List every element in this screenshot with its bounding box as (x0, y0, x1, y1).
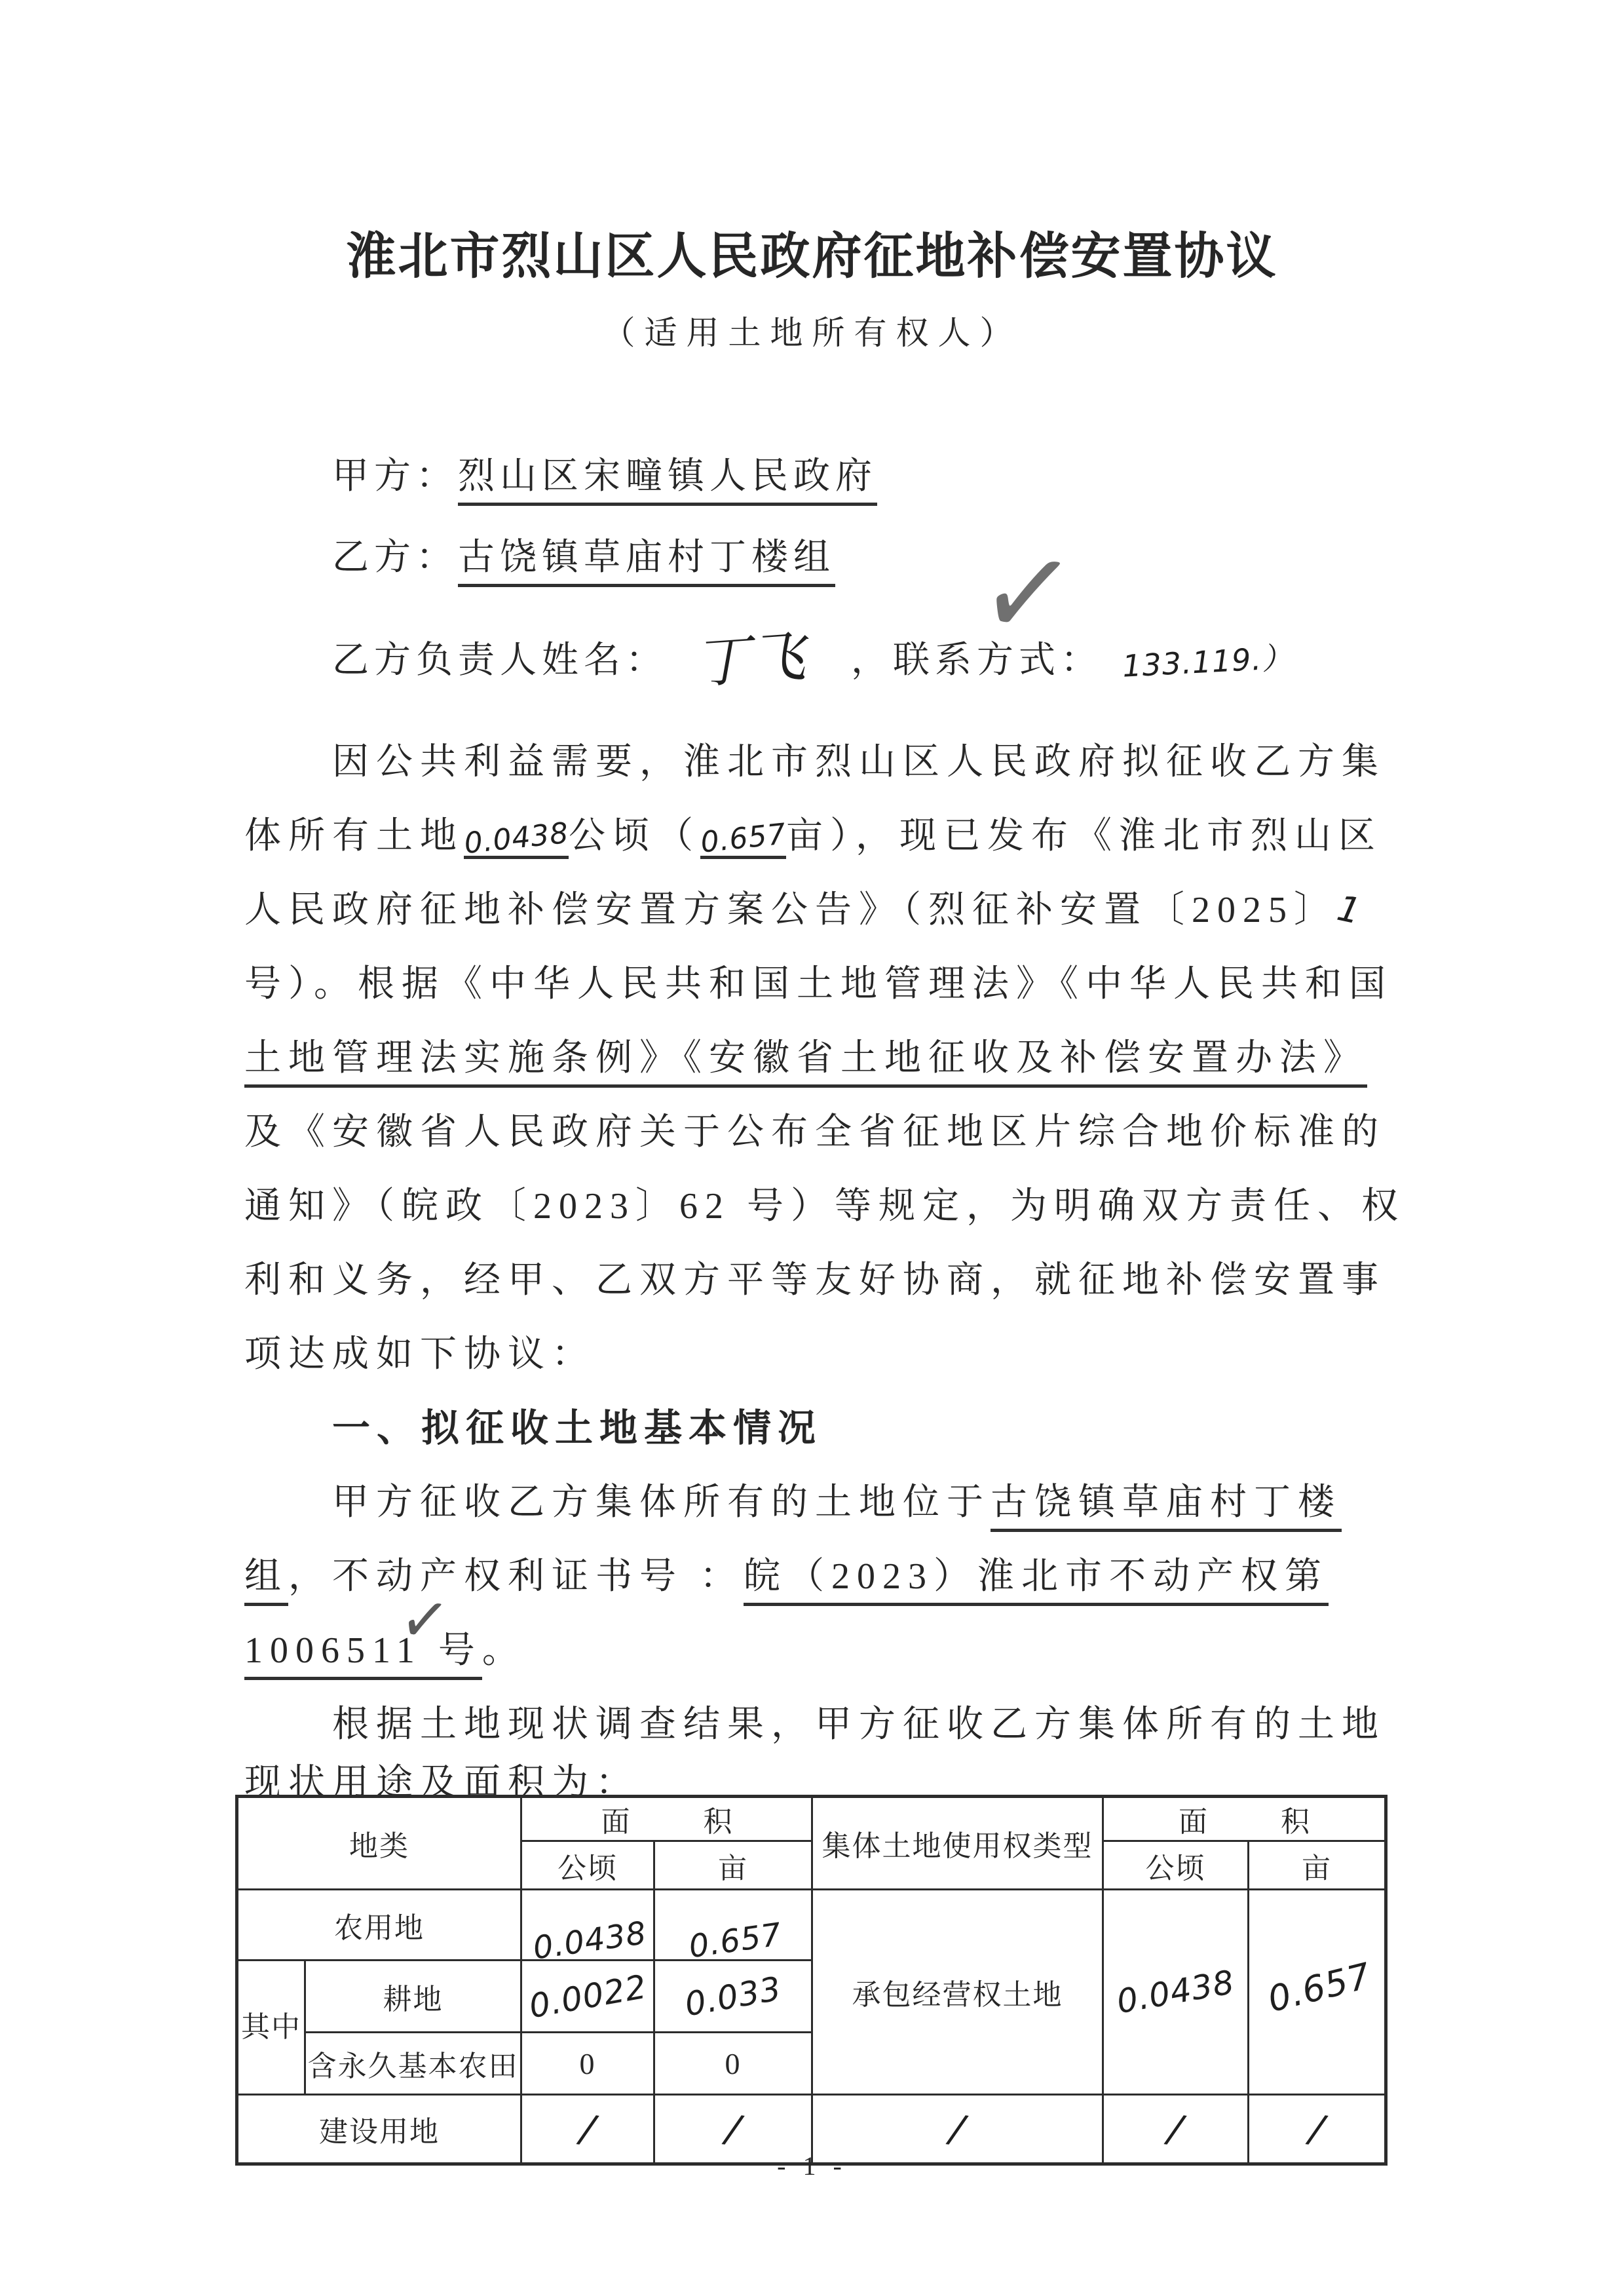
total-mu-cell: 0.657 (1249, 1890, 1386, 2095)
body-text: 通知》（皖政〔2023〕62 号）等规定，为明确双方责任、权 (244, 1186, 1405, 1227)
handwritten-value: 0.657 (1264, 1955, 1375, 2020)
paragraph2-line1: 甲方征收乙方集体所有的土地位于古饶镇草庙村丁楼 (244, 1473, 1473, 1525)
party-a-line: 甲方：烈山区宋疃镇人民政府 (332, 447, 877, 499)
page-title: 淮北市烈山区人民政府征地补偿安置协议 (0, 216, 1624, 288)
paragraph1-line9: 项达成如下协议： (244, 1325, 1386, 1377)
body-text: 根据土地现状调查结果，甲方征收乙方集体所有的土地 (332, 1704, 1386, 1745)
location-underlined: 组 (244, 1556, 288, 1606)
body-text: 号）。根据《中华人民共和国土地管理法》《中华人民共和国 (244, 964, 1393, 1004)
hectare-blank: 0.0438 (464, 813, 569, 859)
header-area-right: 面 积 (1103, 1797, 1386, 1841)
total-hectare-cell: 0.0438 (1103, 1890, 1249, 2095)
header-land-class: 地类 (237, 1797, 521, 1890)
location-underlined: 古饶镇草庙村丁楼 (991, 1482, 1342, 1532)
handwritten-slash: / (1307, 2106, 1327, 2152)
party-a-value: 烈山区宋疃镇人民政府 (458, 456, 877, 506)
paragraph3-line1: 根据土地现状调查结果，甲方征收乙方集体所有的土地 (244, 1695, 1473, 1748)
among-which-label: 其中 (237, 1961, 305, 2095)
checkmark-icon: ✓ (396, 1585, 453, 1656)
party-b-value: 古饶镇草庙村丁楼组 (458, 537, 835, 587)
header-hectare-right: 公顷 (1103, 1841, 1249, 1890)
body-text: 人民政府征地补偿安置方案公告》（烈征补安置〔2025〕 (244, 890, 1338, 930)
handwritten-value: 0.0438 (1114, 1963, 1237, 2021)
handwritten-doc-number: 1 (1334, 887, 1365, 932)
party-b-line: 乙方：古饶镇草庙村丁楼组 (332, 528, 835, 581)
paragraph1-line8: 利和义务，经甲、乙双方平等友好协商，就征地补偿安置事 (244, 1251, 1386, 1303)
paragraph1-line2: 体所有土地0.0438公顷（0.657亩），现已发布《淮北市烈山区 (244, 807, 1386, 859)
body-text: 公顷（ (569, 816, 700, 856)
handwritten-contact: 133.119.） (1121, 634, 1293, 686)
land-area-table: 地类 面 积 集体土地使用权类型 面 积 公顷 亩 公顷 亩 农用地 0.043… (235, 1795, 1388, 2166)
header-usage-right-type: 集体土地使用权类型 (812, 1797, 1103, 1890)
cultivated-hectare-cell: 0.0022 (521, 1961, 654, 2033)
body-text: 甲方征收乙方集体所有的土地位于 (332, 1482, 991, 1523)
body-text: 利和义务，经甲、乙双方平等友好协商，就征地补偿安置事 (244, 1260, 1386, 1301)
paragraph1-line6: 及《安徽省人民政府关于公布全省征地区片综合地价标准的 (244, 1103, 1386, 1155)
paragraph1-line1: 因公共利益需要，淮北市烈山区人民政府拟征收乙方集 (244, 733, 1473, 785)
handwritten-value: 0.0022 (526, 1967, 649, 2025)
body-text: 项达成如下协议： (244, 1334, 595, 1375)
row-agricultural-label: 农用地 (237, 1890, 521, 1961)
header-area-left: 面 积 (521, 1797, 812, 1841)
body-text-underlined: 土地管理法实施条例》《安徽省土地征收及补偿安置办法》 (244, 1038, 1367, 1088)
body-text: 及《安徽省人民政府关于公布全省征地区片综合地价标准的 (244, 1112, 1386, 1153)
cultivated-mu-cell: 0.033 (654, 1961, 812, 2033)
agricultural-hectare-cell: 0.0438 (521, 1890, 654, 1961)
handwritten-mu: 0.657 (699, 817, 788, 859)
body-text: 体所有土地 (244, 816, 464, 856)
body-text: ，不动产权利证书号 ： (288, 1556, 744, 1597)
rep-label: 乙方负责人姓名： (332, 640, 668, 681)
body-text: 因公共利益需要，淮北市烈山区人民政府拟征收乙方集 (332, 742, 1386, 782)
header-hectare-left: 公顷 (521, 1841, 654, 1890)
permanent-hectare-cell: 0 (521, 2033, 654, 2095)
party-b-rep-line: 乙方负责人姓名：丁飞，联系方式：133.119.） (332, 609, 1293, 689)
handwritten-slash: / (723, 2106, 743, 2152)
paragraph1-line7: 通知》（皖政〔2023〕62 号）等规定，为明确双方责任、权 (244, 1177, 1386, 1229)
row-permanent-farmland-label: 含永久基本农田 (305, 2033, 521, 2095)
row-cultivated-label: 耕地 (305, 1961, 521, 2033)
header-mu-left: 亩 (654, 1841, 812, 1890)
agricultural-mu-cell: 0.657 (654, 1890, 812, 1961)
permanent-mu-cell: 0 (654, 2033, 812, 2095)
certificate-underlined: 皖（2023）淮北市不动产权第 (744, 1556, 1329, 1606)
body-text: 。 (482, 1630, 526, 1671)
page-number: - 1 - (0, 2151, 1624, 2181)
handwritten-value: 0.657 (687, 1916, 784, 1965)
checkmark-icon: ✓ (972, 524, 1083, 664)
paragraph1-line4: 号）。根据《中华人民共和国土地管理法》《中华人民共和国 (244, 955, 1386, 1007)
page-subtitle: （适用土地所有权人） (0, 307, 1624, 354)
certificate-number-underlined: 1006511 号 (244, 1630, 482, 1680)
handwritten-slash: / (578, 2106, 597, 2152)
header-mu-right: 亩 (1249, 1841, 1386, 1890)
section1-heading: 一、拟征收土地基本情况 (332, 1397, 822, 1452)
paragraph1-line3: 人民政府征地补偿安置方案公告》（烈征补安置〔2025〕1 (244, 881, 1386, 933)
party-b-label: 乙方： (332, 537, 458, 578)
handwritten-slash: / (948, 2106, 968, 2152)
handwritten-hectares: 0.0438 (463, 816, 570, 860)
document-page: 淮北市烈山区人民政府征地补偿安置协议 （适用土地所有权人） 甲方：烈山区宋疃镇人… (0, 0, 1624, 2296)
mu-blank: 0.657 (700, 813, 786, 859)
party-a-label: 甲方： (332, 456, 458, 497)
handwritten-rep-name: 丁飞 (692, 612, 808, 699)
usage-right-type-cell: 承包经营权土地 (812, 1890, 1103, 2095)
handwritten-slash: / (1166, 2106, 1186, 2152)
body-text: 亩），现已发布《淮北市烈山区 (786, 816, 1382, 856)
handwritten-value: 0.033 (682, 1969, 784, 2023)
handwritten-value: 0.0438 (531, 1914, 649, 1966)
paragraph1-line5: 土地管理法实施条例》《安徽省土地征收及补偿安置办法》 (244, 1029, 1386, 1081)
